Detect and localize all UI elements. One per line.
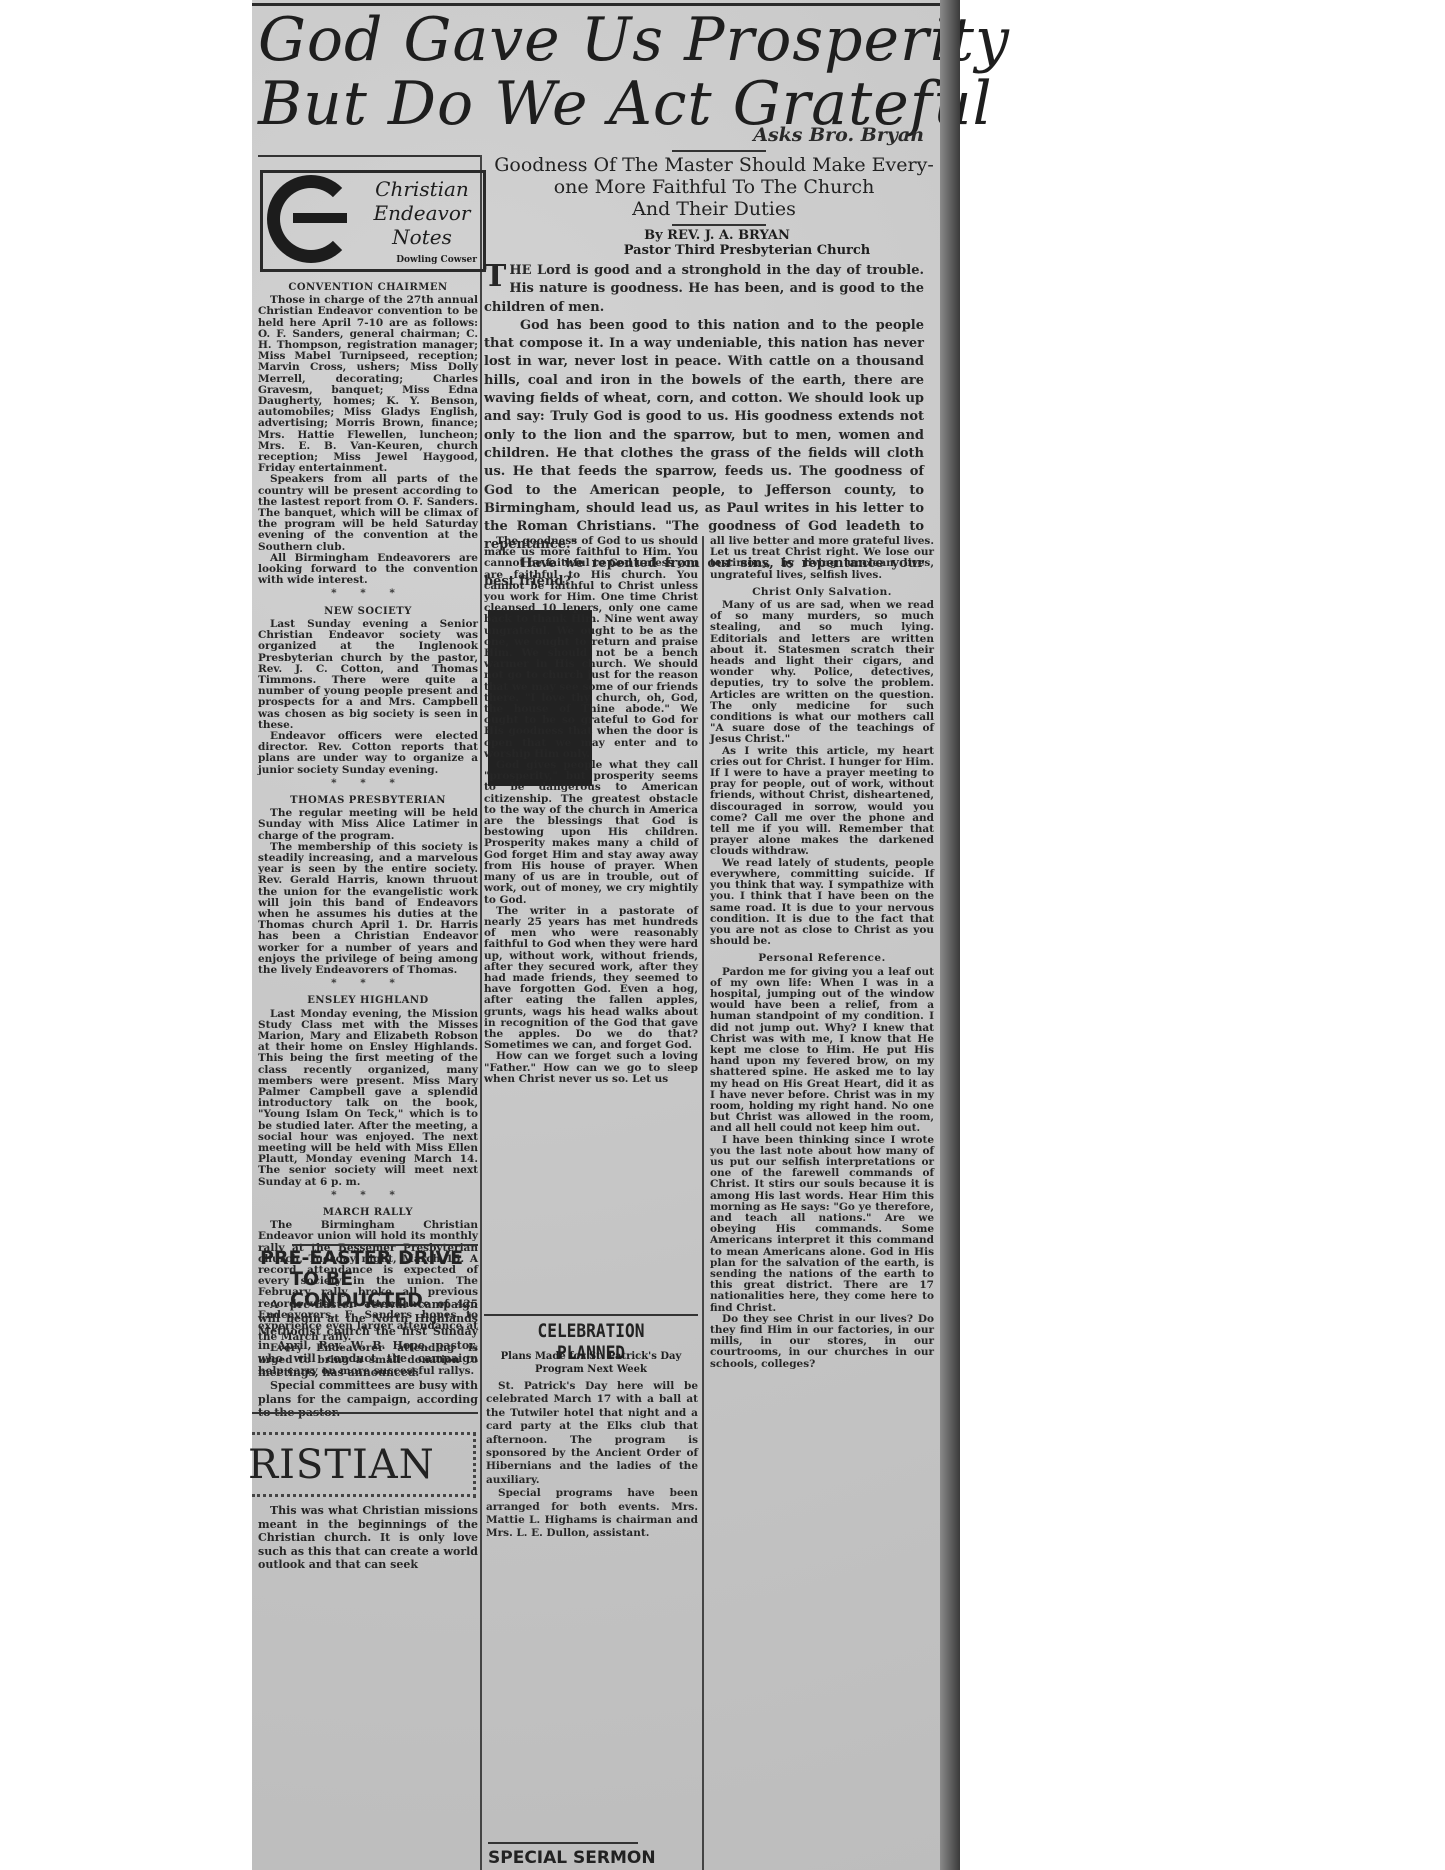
section-heading: Christ Only Salvation.	[710, 587, 934, 598]
divider	[258, 155, 480, 157]
celebration-article: St. Patrick's Day here will be celebrate…	[486, 1380, 698, 1541]
dotted-side-rule	[470, 1432, 476, 1498]
divider	[484, 1314, 698, 1316]
separator: * * *	[258, 1190, 478, 1201]
divider	[252, 1412, 478, 1414]
christian-article: This was what Christian missions meant i…	[258, 1504, 478, 1572]
section-heading: MARCH RALLY	[258, 1207, 478, 1218]
special-sermon-headline: SPECIAL SERMON	[488, 1848, 702, 1868]
divider	[292, 1244, 478, 1246]
dotted-rule	[252, 1494, 476, 1500]
christian-endeavor-logo-box: Christian Endeavor Notes Dowling Cowser	[260, 170, 486, 272]
ce-logo-bar-icon	[293, 213, 347, 223]
banner-text: RISTIAN	[248, 1442, 435, 1488]
article-byline: By REV. J. A. BRYAN Pastor Third Presbyt…	[492, 228, 942, 258]
dotted-rule	[252, 1432, 476, 1438]
left-column-notes: CONVENTION CHAIRMEN Those in charge of t…	[258, 276, 478, 1377]
divider	[488, 1842, 638, 1844]
christian-banner: RISTIAN	[252, 1432, 476, 1498]
celebration-subhead: Plans Made for St. Patrick's Day Program…	[484, 1350, 698, 1376]
section-heading: THOMAS PRESBYTERIAN	[258, 795, 478, 806]
article-right-column: all live better and more grateful lives.…	[710, 536, 934, 1370]
section-heading: Personal Reference.	[710, 953, 934, 964]
article-subhead: Goodness Of The Master Should Make Every…	[484, 154, 944, 220]
pre-easter-article: A pre-Easter revival campaign will begin…	[258, 1298, 478, 1420]
separator: * * *	[258, 978, 478, 989]
headline: God Gave Us Prosperity But Do We Act Gra…	[258, 8, 948, 136]
column-divider	[702, 536, 704, 1870]
divider	[672, 150, 766, 152]
headline-line-1: God Gave Us Prosperity	[258, 8, 948, 72]
section-heading: NEW SOCIETY	[258, 606, 478, 617]
ce-box-title: Christian Endeavor Notes	[363, 177, 481, 249]
separator: * * *	[258, 778, 478, 789]
separator: * * *	[258, 588, 478, 599]
column-divider	[480, 155, 482, 1870]
headline-credit: Asks Bro. Bryan	[753, 124, 924, 146]
newspaper-page: God Gave Us Prosperity But Do We Act Gra…	[252, 0, 960, 1870]
section-heading: ENSLEY HIGHLAND	[258, 995, 478, 1006]
article-middle-column: The goodness of God to us should make us…	[484, 536, 698, 1085]
section-heading: CONVENTION CHAIRMEN	[258, 282, 478, 293]
divider	[672, 224, 766, 226]
page-edge-shadow	[940, 0, 960, 1870]
ce-box-byline: Dowling Cowser	[396, 255, 477, 265]
drop-cap: T	[484, 263, 506, 291]
